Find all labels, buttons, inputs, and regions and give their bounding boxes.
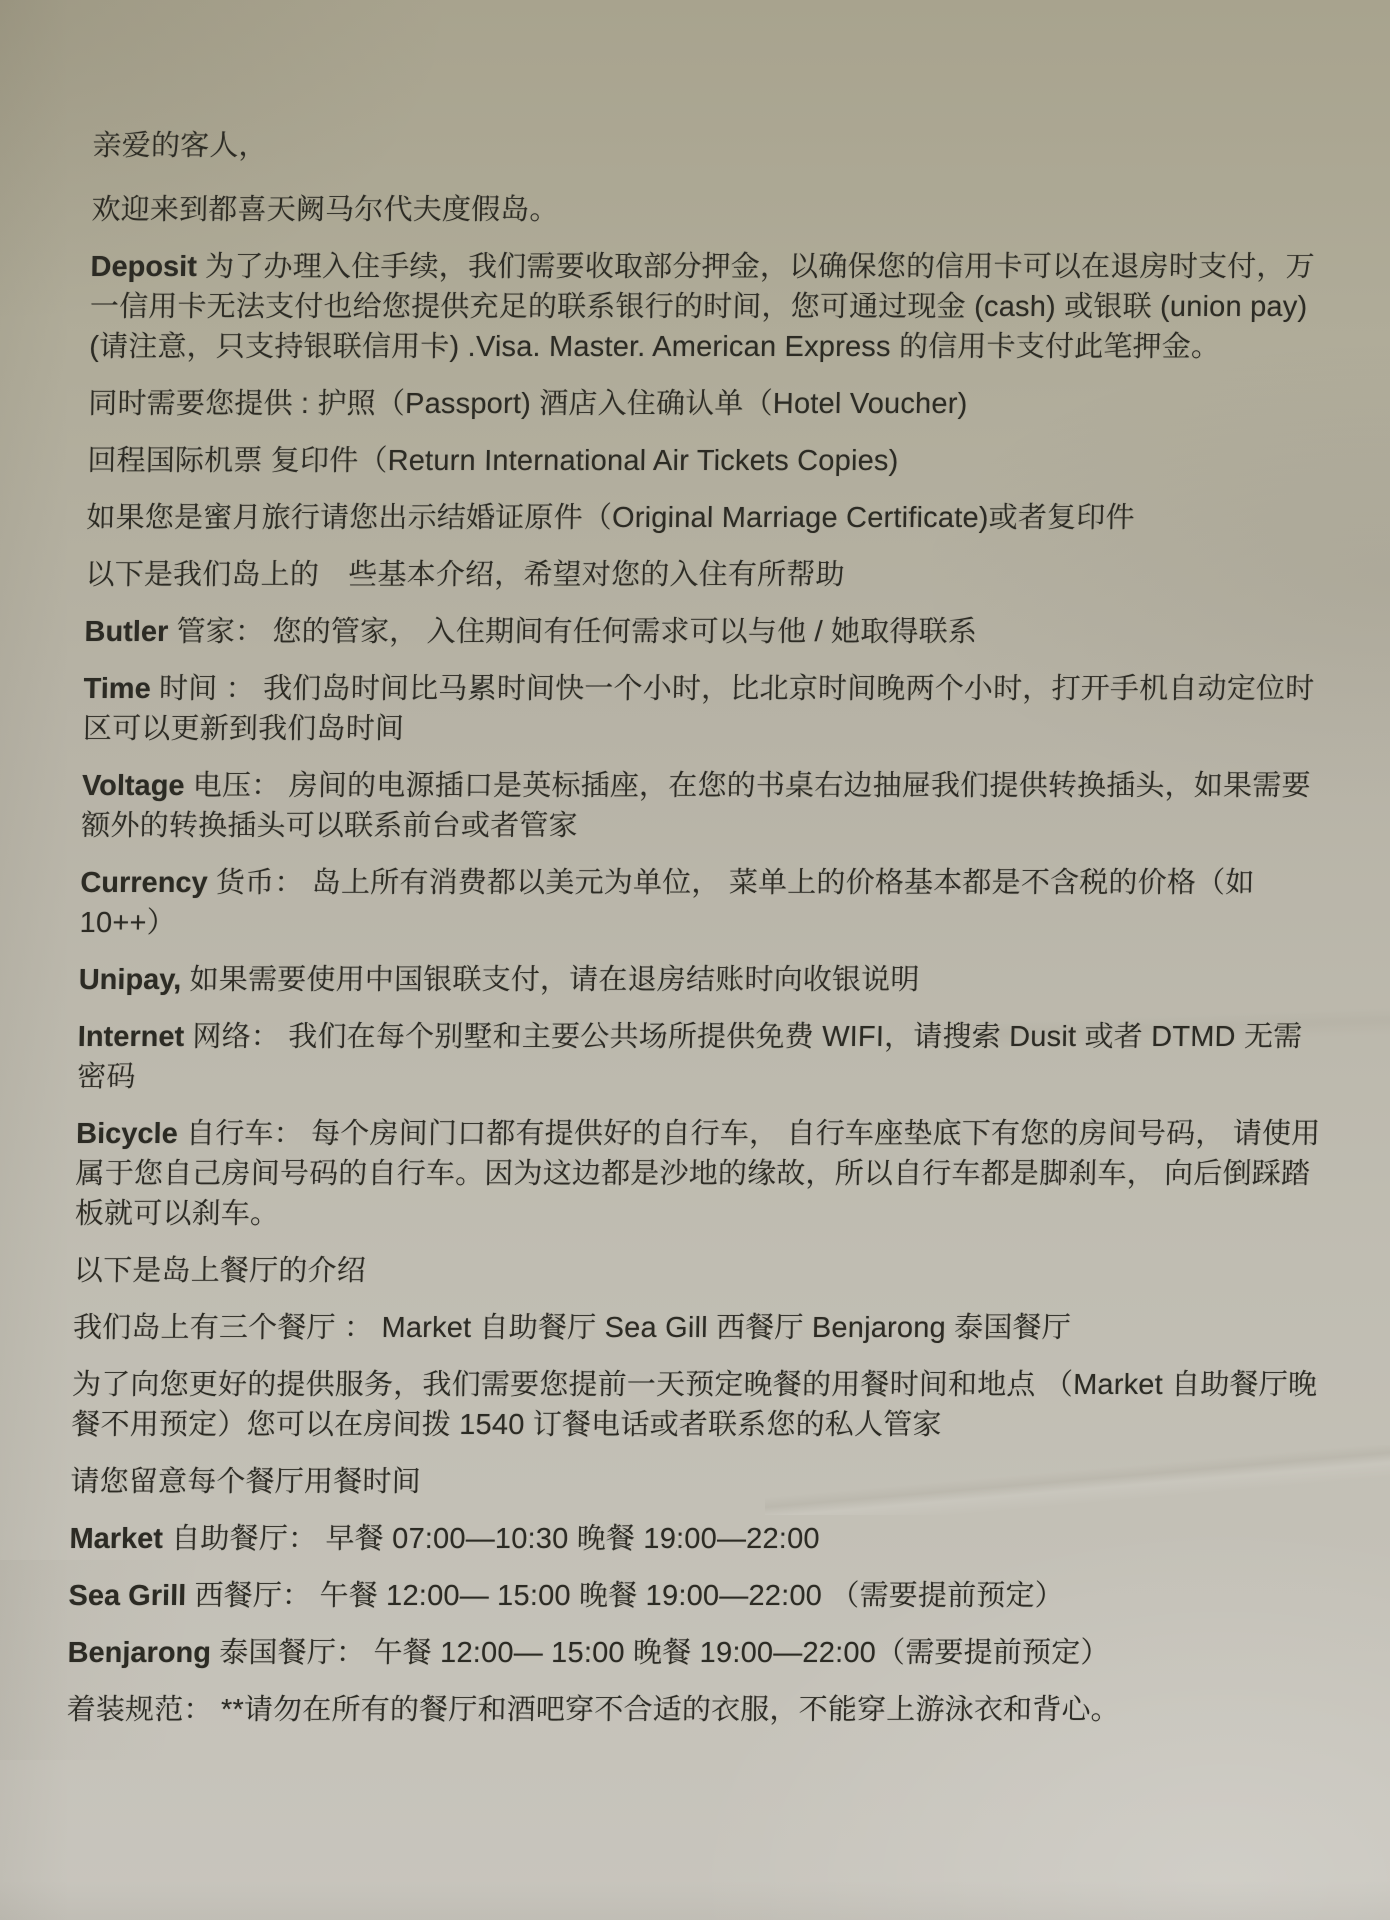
document-photo: 亲爱的客人，欢迎来到都喜天阙马尔代夫度假岛。Deposit 为了办理入住手续，我…	[0, 0, 1390, 1920]
paragraph: Currency 货币： 岛上所有消费都以美元为单位， 菜单上的价格基本都是不含…	[79, 863, 1332, 943]
paragraph-text: 网络： 我们在每个别墅和主要公共场所提供免费 WIFI，请搜索 Dusit 或者…	[77, 1021, 1303, 1093]
paragraph-text: 泰国餐厅： 午餐 12:00— 15:00 晚餐 19:00—22:00（需要提…	[211, 1637, 1110, 1669]
paragraph: 以下是岛上餐厅的介绍	[74, 1251, 1327, 1291]
paragraph-keyword: Voltage	[82, 770, 185, 802]
paragraph-keyword: Unipay,	[78, 964, 181, 996]
paragraph-text: 我们岛上有三个餐厅 ： Market 自助餐厅 Sea Gill 西餐厅 Ben…	[73, 1312, 1072, 1344]
paragraph: Bicycle 自行车： 每个房间门口都有提供好的自行车， 自行车座垫底下有您的…	[75, 1114, 1329, 1234]
paragraph-text: 着装规范： **请勿在所有的餐厅和酒吧穿不合适的衣服，不能穿上游泳衣和背心。	[66, 1694, 1120, 1726]
paragraph-text: 自助餐厅： 早餐 07:00—10:30 晚餐 19:00—22:00	[163, 1523, 820, 1555]
paragraph-keyword: Internet	[78, 1021, 185, 1053]
paragraph-text: 以下是我们岛上的 些基本介绍，希望对您的入住有所帮助	[85, 559, 845, 591]
paragraph: Butler 管家： 您的管家， 入住期间有任何需求可以与他 / 她取得联系	[84, 612, 1337, 652]
paragraph: Sea Grill 西餐厅： 午餐 12:00— 15:00 晚餐 19:00—…	[68, 1576, 1321, 1616]
paragraph-text: 亲爱的客人，	[92, 130, 268, 162]
paragraph: Voltage 电压： 房间的电源插口是英标插座，在您的书桌右边抽屉我们提供转换…	[81, 766, 1334, 846]
paragraph-text: 为了向您更好的提供服务，我们需要您提前一天预定晚餐的用餐时间和地点 （Marke…	[71, 1369, 1317, 1441]
paragraph-text: 电压： 房间的电源插口是英标插座，在您的书桌右边抽屉我们提供转换插头，如果需要额…	[81, 770, 1311, 842]
paragraph-text: 管家： 您的管家， 入住期间有任何需求可以与他 / 她取得联系	[168, 616, 977, 648]
paragraph-text: 以下是岛上餐厅的介绍	[74, 1255, 367, 1287]
paragraph: 同时需要您提供 : 护照（Passport) 酒店入住确认单（Hotel Vou…	[88, 384, 1341, 424]
paragraph-text: 请您留意每个餐厅用餐时间	[70, 1466, 421, 1498]
paragraph-keyword: Market	[69, 1523, 163, 1555]
paragraph-keyword: Deposit	[90, 251, 197, 283]
paragraph-keyword: Time	[83, 673, 151, 705]
paragraph-text: 如果需要使用中国银联支付，请在退房结账时向收银说明	[181, 964, 920, 996]
paragraph: Benjarong 泰国餐厅： 午餐 12:00— 15:00 晚餐 19:00…	[67, 1633, 1320, 1673]
letter-body: 亲爱的客人，欢迎来到都喜天阙马尔代夫度假岛。Deposit 为了办理入住手续，我…	[0, 0, 1390, 1920]
paragraph-keyword: Sea Grill	[68, 1580, 186, 1612]
paragraph: Unipay, 如果需要使用中国银联支付，请在退房结账时向收银说明	[78, 960, 1331, 1000]
paragraph-text: 时间 ： 我们岛时间比马累时间快一个小时，比北京时间晚两个小时，打开手机自动定位…	[83, 673, 1315, 745]
paragraph-keyword: Benjarong	[67, 1637, 211, 1669]
paragraph: Market 自助餐厅： 早餐 07:00—10:30 晚餐 19:00—22:…	[69, 1519, 1322, 1559]
paragraph-text: 如果您是蜜月旅行请您出示结婚证原件（Original Marriage Cert…	[86, 502, 1135, 534]
paragraph-text: 同时需要您提供 : 护照（Passport) 酒店入住确认单（Hotel Vou…	[88, 388, 968, 420]
paragraph: 欢迎来到都喜天阙马尔代夫度假岛。	[91, 190, 1344, 230]
paragraph-text: 自行车： 每个房间门口都有提供好的自行车， 自行车座垫底下有您的房间号码， 请使…	[75, 1118, 1321, 1230]
paragraph-keyword: Butler	[84, 616, 168, 648]
paragraph-keyword: Bicycle	[76, 1118, 178, 1150]
paragraph: 着装规范： **请勿在所有的餐厅和酒吧穿不合适的衣服，不能穿上游泳衣和背心。	[66, 1690, 1319, 1730]
paragraph-text: 回程国际机票 复印件（Return International Air Tick…	[87, 445, 899, 477]
paragraph-text: 货币： 岛上所有消费都以美元为单位， 菜单上的价格基本都是不含税的价格（如 10…	[79, 867, 1254, 939]
paragraph: 以下是我们岛上的 些基本介绍，希望对您的入住有所帮助	[85, 555, 1338, 595]
paragraph: 亲爱的客人，	[92, 126, 1345, 166]
paragraph: Time 时间 ： 我们岛时间比马累时间快一个小时，比北京时间晚两个小时，打开手…	[83, 669, 1336, 749]
paragraph: 请您留意每个餐厅用餐时间	[70, 1462, 1323, 1502]
paragraph: 回程国际机票 复印件（Return International Air Tick…	[87, 441, 1340, 481]
paragraph-keyword: Currency	[80, 867, 208, 899]
paragraph-text: 欢迎来到都喜天阙马尔代夫度假岛。	[91, 194, 559, 226]
paragraph: Internet 网络： 我们在每个别墅和主要公共场所提供免费 WIFI，请搜索…	[77, 1017, 1330, 1097]
paragraph: 我们岛上有三个餐厅 ： Market 自助餐厅 Sea Gill 西餐厅 Ben…	[73, 1308, 1326, 1348]
paragraph-text: 西餐厅： 午餐 12:00— 15:00 晚餐 19:00—22:00 （需要提…	[186, 1580, 1064, 1612]
paragraph-text: 为了办理入住手续，我们需要收取部分押金，以确保您的信用卡可以在退房时支付，万一信…	[89, 251, 1315, 363]
paragraph: 为了向您更好的提供服务，我们需要您提前一天预定晚餐的用餐时间和地点 （Marke…	[71, 1365, 1324, 1445]
paragraph: 如果您是蜜月旅行请您出示结婚证原件（Original Marriage Cert…	[86, 498, 1339, 538]
paragraph: Deposit 为了办理入住手续，我们需要收取部分押金，以确保您的信用卡可以在退…	[89, 247, 1343, 367]
